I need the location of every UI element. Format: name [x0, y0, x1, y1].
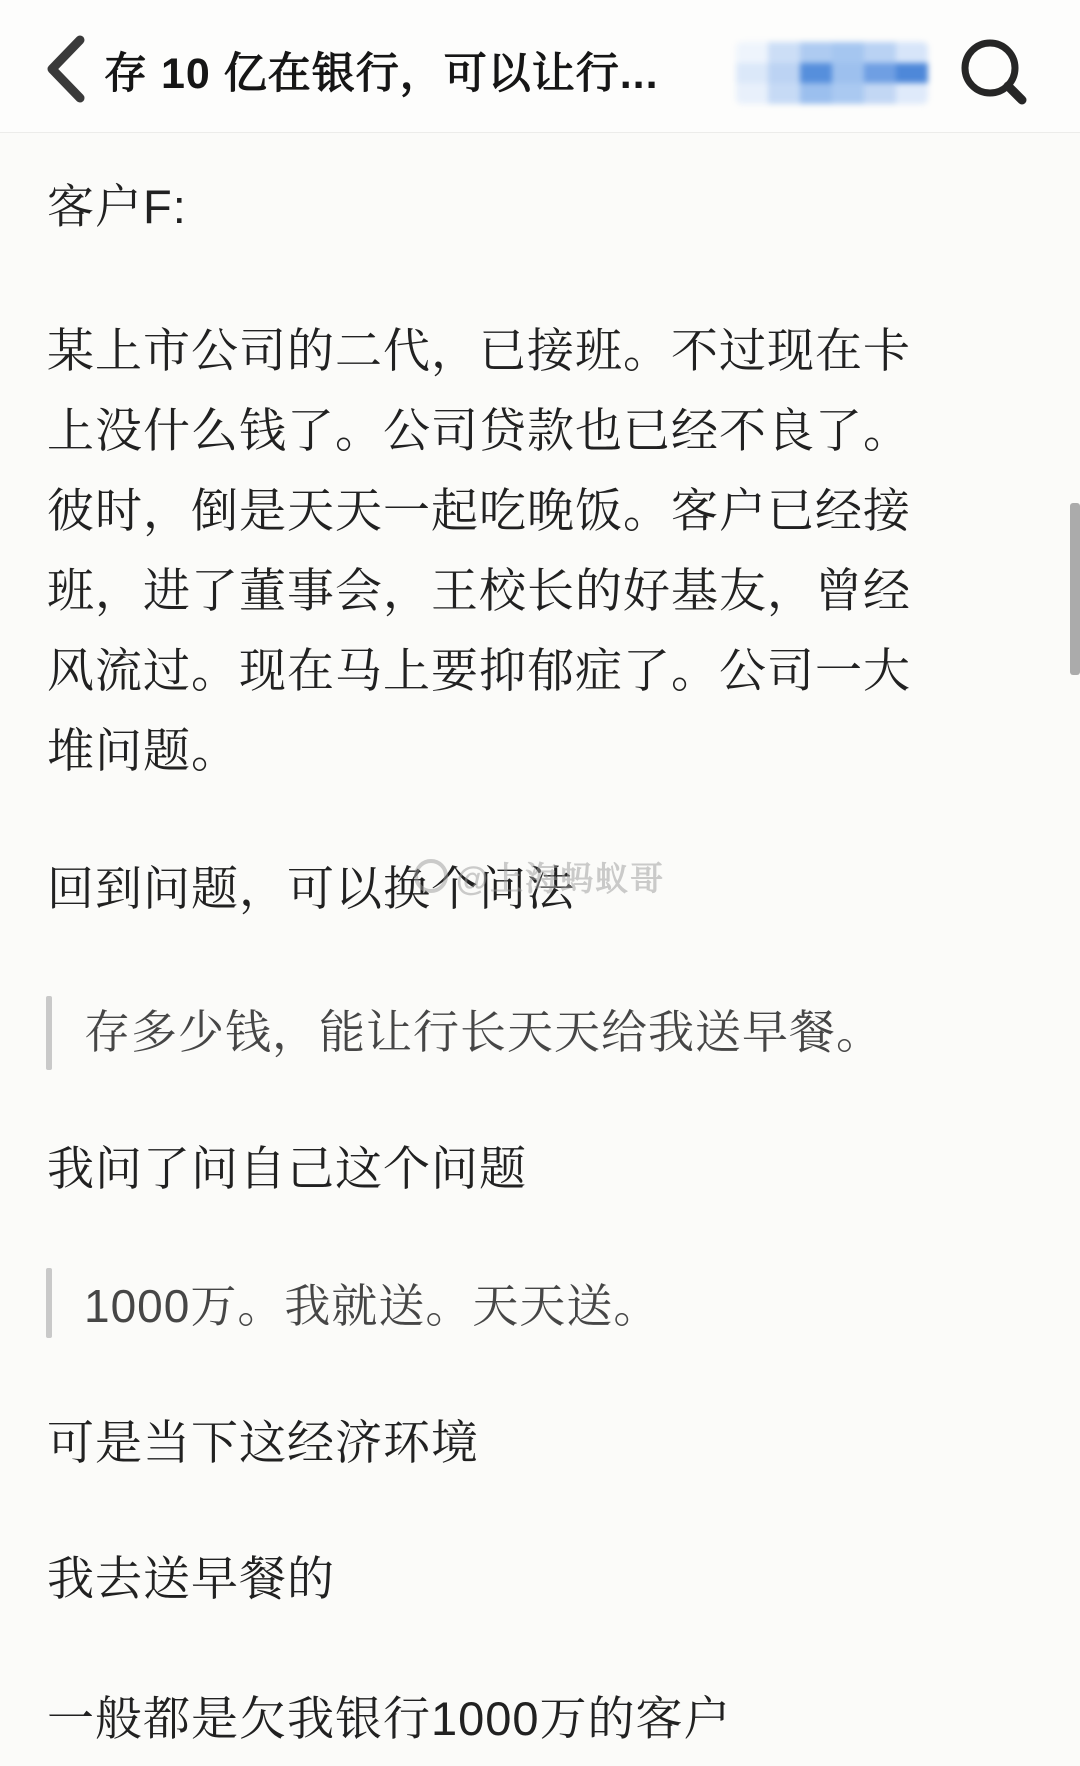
story-line: 风流过。现在马上要抑郁症了。公司一大: [47, 642, 911, 700]
story-line: 堆问题。: [47, 722, 239, 780]
story-line: 彼时，倒是天天一起吃晚饭。客户已经接: [47, 482, 911, 540]
blurred-user-badge[interactable]: [736, 42, 928, 104]
quote-bar: [46, 1268, 52, 1338]
story-line: 某上市公司的二代，已接班。不过现在卡: [47, 322, 911, 380]
scrollbar-thumb[interactable]: [1070, 503, 1080, 675]
owe-paragraph: 一般都是欠我银行1000万的客户: [47, 1690, 732, 1748]
page-title: 存 10 亿在银行，可以让行...: [104, 40, 664, 101]
story-line: 班，进了董事会，王校长的好基友，曾经: [47, 562, 911, 620]
quote-answer: 1000万。我就送。天天送。: [84, 1278, 660, 1334]
salutation-text: 客户F:: [47, 178, 187, 236]
quote-breakfast: 存多少钱，能让行长天天给我送早餐。: [84, 1004, 883, 1060]
deliver-paragraph: 我去送早餐的: [47, 1550, 335, 1608]
search-button[interactable]: [952, 34, 1036, 110]
chevron-left-icon: [40, 34, 92, 104]
story-line: 上没什么钱了。公司贷款也已经不良了。: [47, 402, 911, 460]
self-question-paragraph: 我问了问自己这个问题: [47, 1140, 527, 1198]
app-header: 存 10 亿在银行，可以让行...: [0, 0, 1080, 133]
quote-bar: [46, 996, 52, 1070]
economy-paragraph: 可是当下这经济环境: [47, 1414, 479, 1472]
back-button[interactable]: [40, 34, 92, 104]
question-paragraph: 回到问题，可以换个问法: [47, 860, 575, 918]
search-icon: [952, 34, 1036, 110]
